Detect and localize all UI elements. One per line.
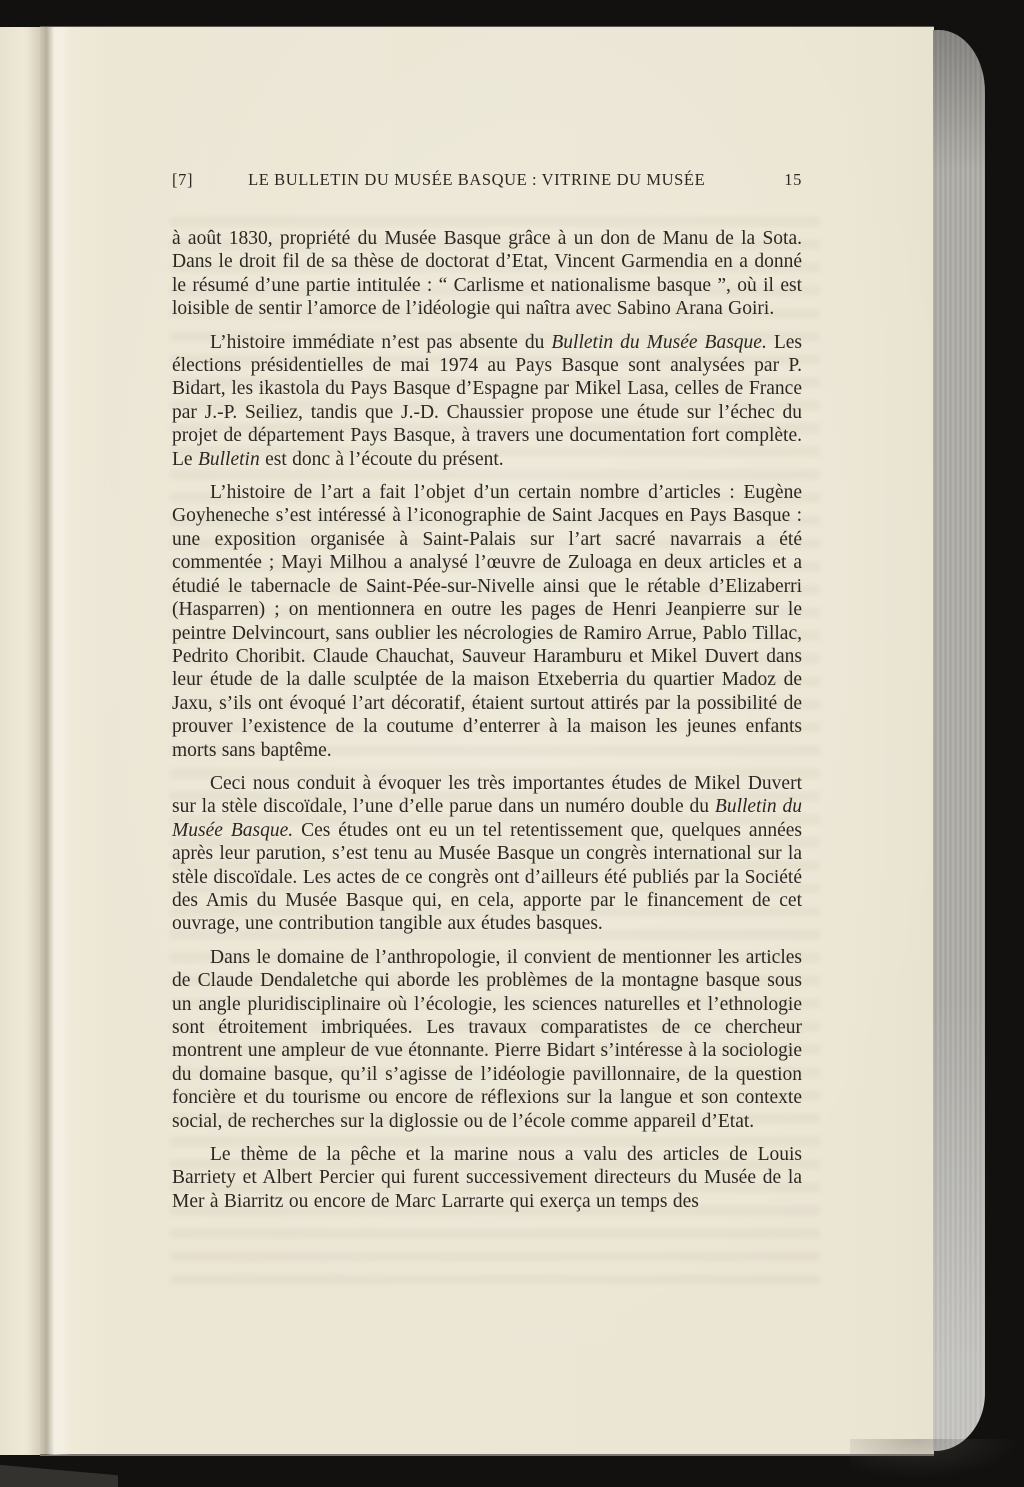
section-ref: [7] (172, 169, 193, 191)
running-title: LE BULLETIN DU MUSÉE BASQUE : VITRINE DU… (193, 169, 760, 191)
scanned-book-photo: [7] LE BULLETIN DU MUSÉE BASQUE : VITRIN… (0, 0, 1024, 1487)
fore-edge-shading (933, 30, 985, 1451)
text-run: Le thème de la pêche et la marine nous a… (172, 1144, 802, 1212)
paragraph: à août 1830, propriété du Musée Basque g… (172, 227, 802, 321)
table-surface-corner (0, 1461, 118, 1487)
paragraph: Dans le domaine de l’anthropologie, il c… (172, 946, 802, 1133)
text-run: L’histoire de l’art a fait l’objet d’un … (172, 482, 802, 760)
paragraph: Ceci nous conduit à évoquer les très imp… (172, 772, 802, 936)
text-run: est donc à l’écoute du présent. (260, 449, 504, 470)
italic-text-run: Bulletin (198, 449, 260, 470)
italic-text-run: Bulletin du Musée Basque. (551, 332, 766, 353)
text-block: [7] LE BULLETIN DU MUSÉE BASQUE : VITRIN… (172, 169, 802, 1223)
text-run: Ceci nous conduit à évoquer les très imp… (172, 773, 802, 817)
text-run: Dans le domaine de l’anthropologie, il c… (172, 947, 802, 1132)
text-run: à août 1830, propriété du Musée Basque g… (172, 228, 802, 319)
paragraph: L’histoire de l’art a fait l’objet d’un … (172, 481, 802, 762)
book-shadow (850, 1439, 1020, 1479)
page-header: [7] LE BULLETIN DU MUSÉE BASQUE : VITRIN… (172, 169, 802, 191)
paragraph: Le thème de la pêche et la marine nous a… (172, 1143, 802, 1213)
left-page-edge (0, 27, 40, 1455)
text-run: L’histoire immédiate n’est pas absente d… (210, 332, 551, 353)
body-text: à août 1830, propriété du Musée Basque g… (172, 227, 802, 1213)
fore-edge-pages (933, 30, 985, 1451)
paragraph: L’histoire immédiate n’est pas absente d… (172, 331, 802, 471)
book-page: [7] LE BULLETIN DU MUSÉE BASQUE : VITRIN… (40, 27, 934, 1454)
page-number: 15 (760, 169, 802, 191)
